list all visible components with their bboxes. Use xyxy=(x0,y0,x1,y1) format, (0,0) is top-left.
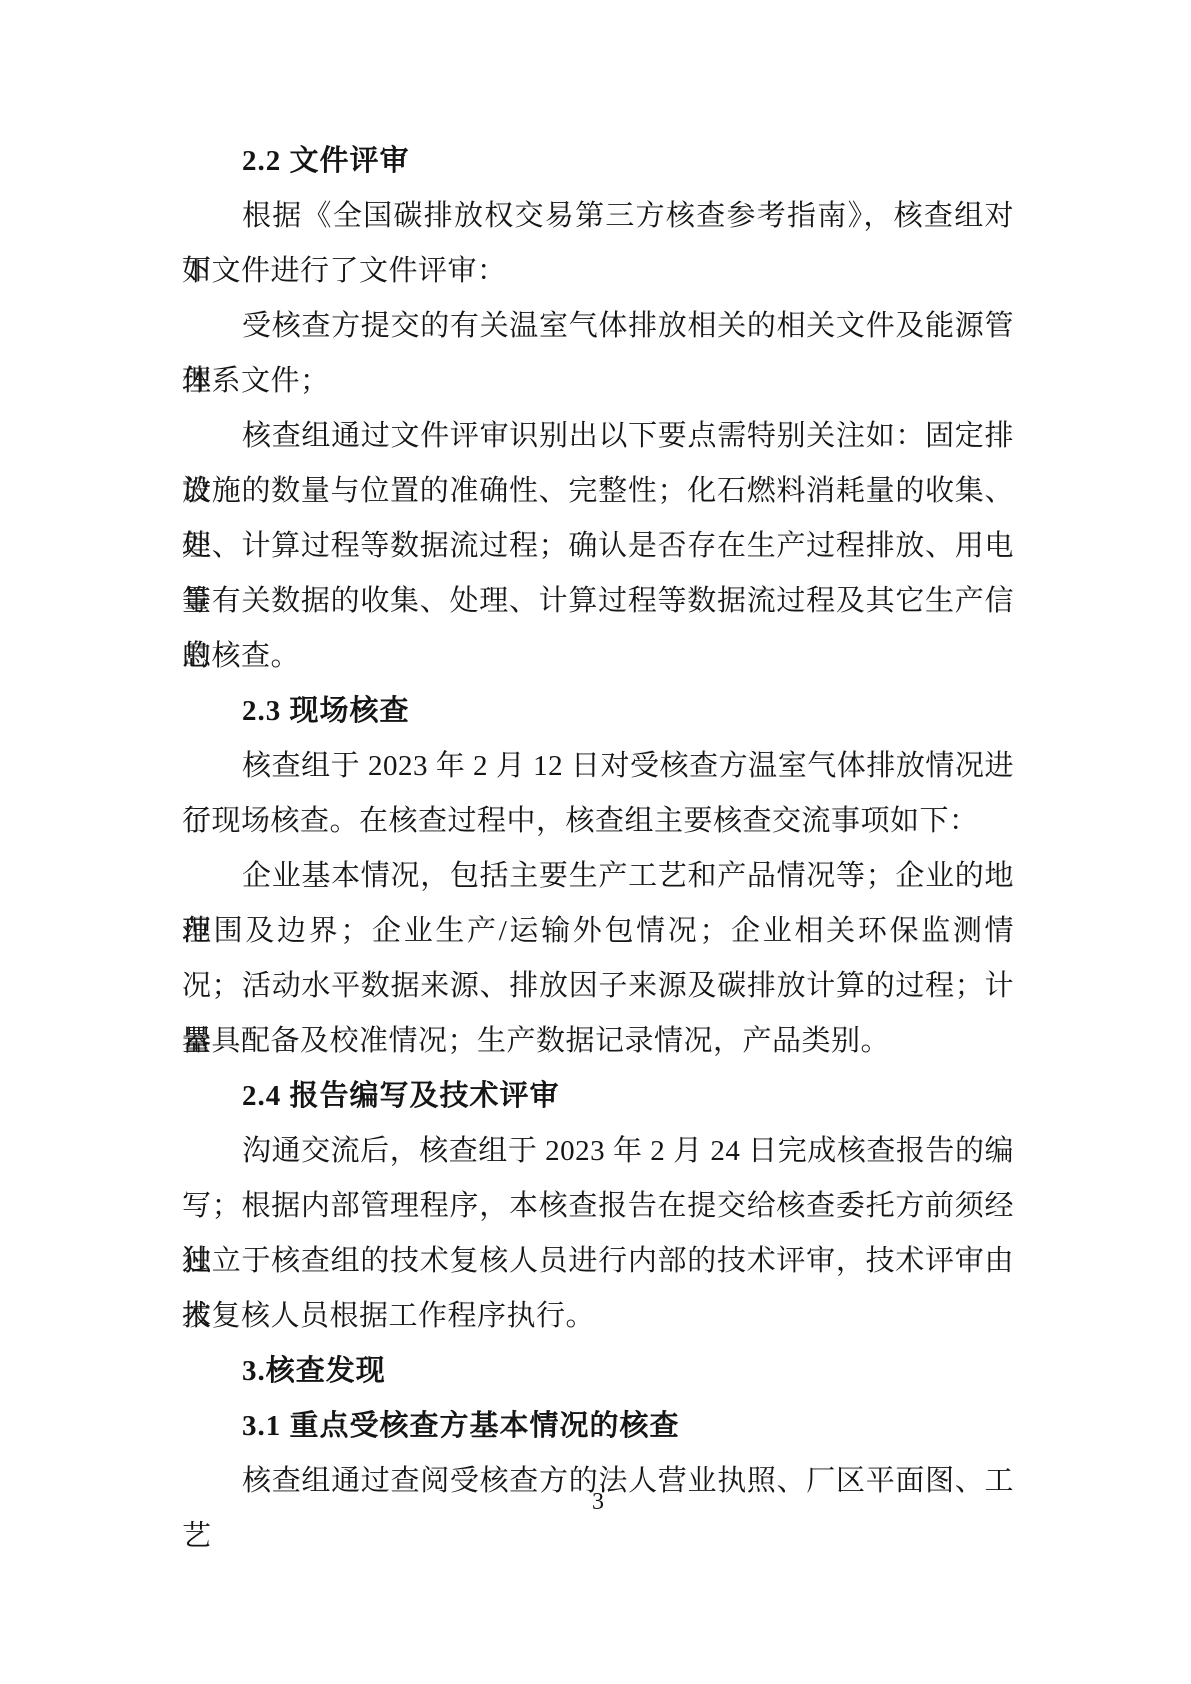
paragraph-line: 了现场核查。在核查过程中，核查组主要核查交流事项如下： xyxy=(182,794,1014,849)
section-heading-2-2: 2.2 文件评审 xyxy=(182,134,1014,189)
section-heading-3: 3.核查发现 xyxy=(182,1344,1014,1399)
paragraph-line: 术复核人员根据工作程序执行。 xyxy=(182,1289,1014,1344)
paragraph-line: 独立于核查组的技术复核人员进行内部的技术评审，技术评审由技 xyxy=(182,1234,1014,1289)
section-heading-2-4: 2.4 报告编写及技术评审 xyxy=(182,1069,1014,1124)
paragraph-line: 等有关数据的收集、处理、计算过程等数据流过程及其它生产信息 xyxy=(182,574,1014,629)
paragraph-line: 体系文件； xyxy=(182,354,1014,409)
paragraph-line: 活动水平数据来源、排放因子来源及碳排放计算的过程；计量 xyxy=(182,959,1014,1014)
paragraph-line: 根据《全国碳排放权交易第三方核查参考指南》，核查组对如 xyxy=(182,189,1014,244)
paragraph-line: 设施的数量与位置的准确性、完整性；化石燃料消耗量的收集、处 xyxy=(182,464,1014,519)
paragraph-line: 范围及边界；企业生产/运输外包情况；企业相关环保监测情况； xyxy=(182,904,1014,959)
paragraph-line: 器具配备及校准情况；生产数据记录情况，产品类别。 xyxy=(182,1014,1014,1069)
paragraph-line: 受核查方提交的有关温室气体排放相关的相关文件及能源管理 xyxy=(182,299,1014,354)
paragraph-line: 企业基本情况，包括主要生产工艺和产品情况等；企业的地理 xyxy=(182,849,1014,904)
paragraph-line: 下文件进行了文件评审： xyxy=(182,244,1014,299)
section-heading-2-3: 2.3 现场核查 xyxy=(182,684,1014,739)
document-body: 2.2 文件评审 根据《全国碳排放权交易第三方核查参考指南》，核查组对如 下文件… xyxy=(182,134,1014,1509)
section-heading-3-1: 3.1 重点受核查方基本情况的核查 xyxy=(182,1399,1014,1454)
paragraph-line: 核查组通过文件评审识别出以下要点需特别关注如：固定排放 xyxy=(182,409,1014,464)
paragraph-line: 核查组于 2023 年 2 月 12 日对受核查方温室气体排放情况进行 xyxy=(182,739,1014,794)
document-page: 2.2 文件评审 根据《全国碳排放权交易第三方核查参考指南》，核查组对如 下文件… xyxy=(0,0,1191,1684)
page-number: 3 xyxy=(182,1486,1014,1518)
paragraph-line: 的核查。 xyxy=(182,629,1014,684)
paragraph-line: 理、计算过程等数据流过程；确认是否存在生产过程排放、用电量 xyxy=(182,519,1014,574)
paragraph-line: 沟通交流后，核查组于 2023 年 2 月 24 日完成核查报告的编 xyxy=(182,1124,1014,1179)
paragraph-line: 写；根据内部管理程序，本核查报告在提交给核查委托方前须经过 xyxy=(182,1179,1014,1234)
